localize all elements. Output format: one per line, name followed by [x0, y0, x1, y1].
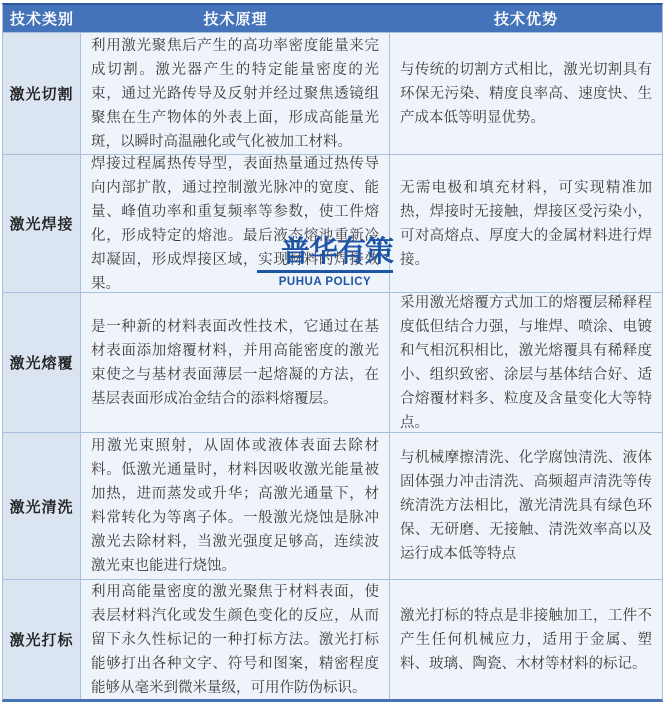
category-cell: 激光清洗: [3, 433, 81, 579]
advantage-cell: 与传统的切割方式相比，激光切割具有环保无污染、精度良率高、速度快、生产成本低等明…: [390, 33, 662, 154]
category-cell: 激光熔覆: [3, 293, 81, 432]
category-cell: 激光切割: [3, 33, 81, 154]
table-row-laser-marking: 激光打标 利用高能量密度的激光聚焦于材料表面，使表层材料汽化或发生颜色变化的反应…: [3, 579, 662, 699]
table-row-laser-cladding: 激光熔覆 是一种新的材料表面改性技术，它通过在基材表面添加熔覆材料，并用高能密度…: [3, 292, 662, 432]
category-cell: 激光打标: [3, 580, 81, 699]
laser-technology-table: 技术类别 技术原理 技术优势 激光切割 利用激光聚焦后产生的高功率密度能量来完成…: [2, 3, 663, 702]
col-header-advantage: 技术优势: [390, 5, 662, 32]
principle-cell: 利用高能量密度的激光聚焦于材料表面，使表层材料汽化或发生颜色变化的反应，从而留下…: [81, 580, 390, 699]
table-row-laser-cutting: 激光切割 利用激光聚焦后产生的高功率密度能量来完成切割。激光器产生的特定能量密度…: [3, 32, 662, 154]
advantage-cell: 与机械摩擦清洗、化学腐蚀清洗、液体固体强力冲击清洗、高频超声清洗等传统清洗方法相…: [390, 433, 662, 579]
principle-cell: 焊接过程属热传导型，表面热量通过热传导向内部扩散，通过控制激光脉冲的宽度、能量、…: [81, 155, 390, 292]
table-row-laser-cleaning: 激光清洗 用激光束照射，从固体或液体表面去除材料。低激光通量时，材料因吸收激光能…: [3, 432, 662, 579]
category-cell: 激光焊接: [3, 155, 81, 292]
table-row-laser-welding: 激光焊接 焊接过程属热传导型，表面热量通过热传导向内部扩散，通过控制激光脉冲的宽…: [3, 154, 662, 292]
table-header-row: 技术类别 技术原理 技术优势: [3, 5, 662, 32]
principle-cell: 用激光束照射，从固体或液体表面去除材料。低激光通量时，材料因吸收激光能量被加热，…: [81, 433, 390, 579]
advantage-cell: 无需电极和填充材料，可实现精准加热，焊接时无接触，焊接区受污染小，可对高熔点、厚…: [390, 155, 662, 292]
col-header-principle: 技术原理: [81, 5, 390, 32]
col-header-category: 技术类别: [3, 5, 81, 32]
advantage-cell: 采用激光熔覆方式加工的熔覆层稀释程度低但结合力强，与堆焊、喷涂、电镀和气相沉积相…: [390, 293, 662, 432]
advantage-cell: 激光打标的特点是非接触加工，工件不产生任何机械应力，适用于金属、塑料、玻璃、陶瓷…: [390, 580, 662, 699]
principle-cell: 利用激光聚焦后产生的高功率密度能量来完成切割。激光器产生的特定能量密度的光束，通…: [81, 33, 390, 154]
principle-cell: 是一种新的材料表面改性技术，它通过在基材表面添加熔覆材料，并用高能密度的激光束使…: [81, 293, 390, 432]
